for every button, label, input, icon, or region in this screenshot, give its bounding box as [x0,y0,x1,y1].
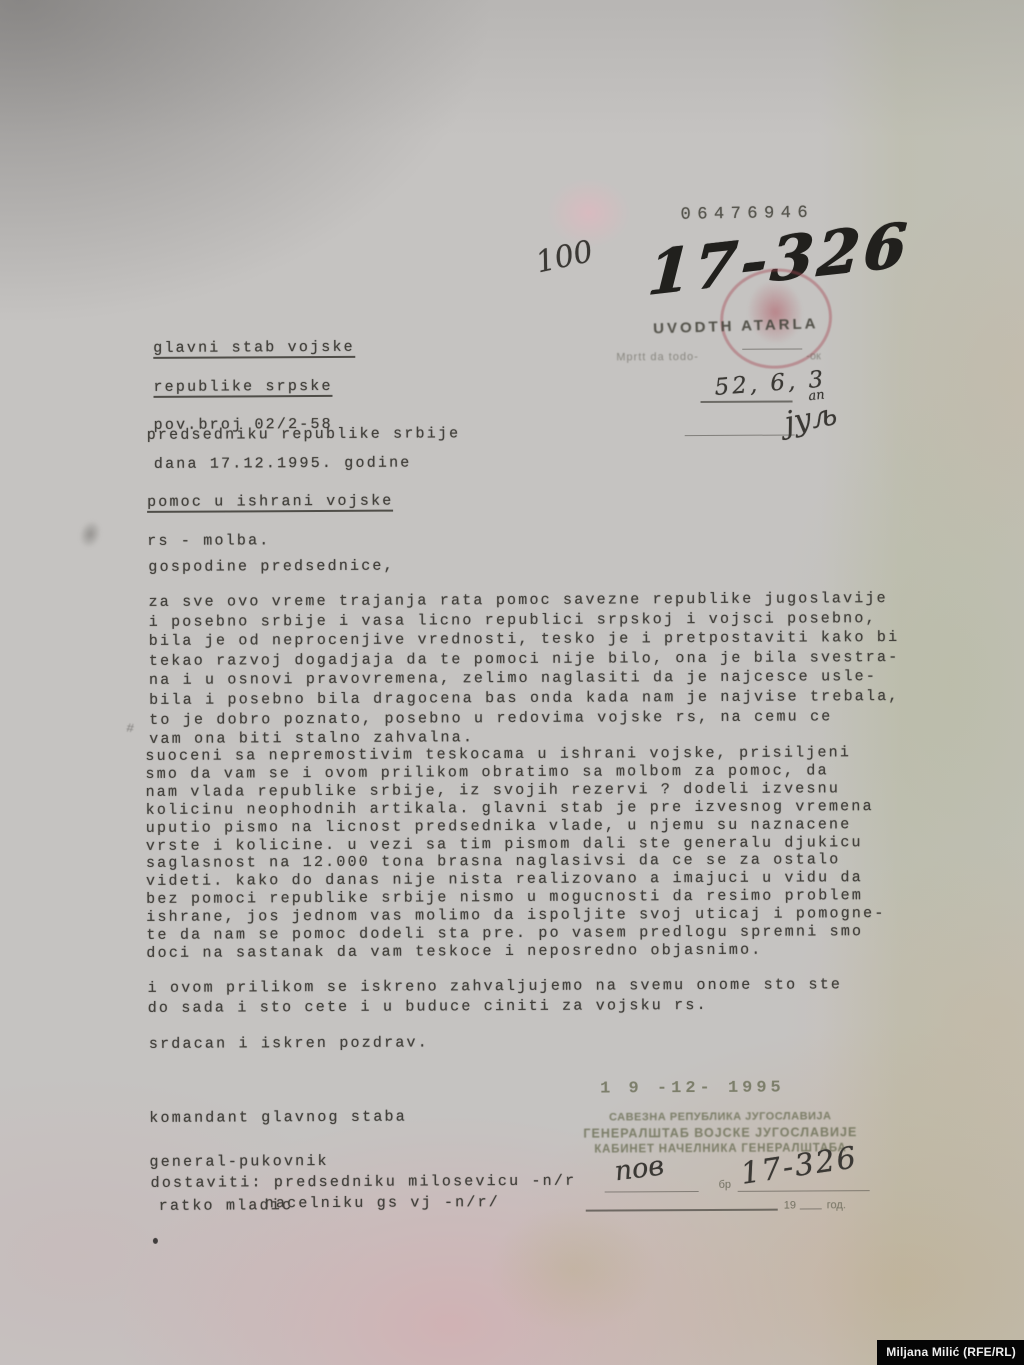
stamp-org-line: ГЕНЕРАЛШТАБ ВОЈСКЕ ЈУГОСЛАВИЈЕ [570,1124,870,1142]
closing-line: srdacan i iskren pozdrav. [149,1033,429,1054]
date-received-stamp: 1 9 -12- 1995 [600,1079,785,1099]
subject-line1: pomoc u ishrani vojske [147,493,394,513]
addressee-line: predsedniku republike srbije [147,424,461,445]
form-line [738,1190,870,1192]
year-prefix: 19 [784,1200,796,1212]
letterhead-date: dana 17.12.1995. godine [154,454,412,475]
god-label: год. [827,1199,846,1211]
signature-rank: general-pukovnik [149,1151,407,1174]
paragraph-3: i ovom prilikom se iskreno zahvaljujemo … [148,975,938,1018]
letterhead: glavni stab vojske republike srpske pov.… [153,319,412,494]
document-photo: 06476946 100 17-326 UVODTH ATARLA Mprtt … [0,0,1024,1365]
distribution-line2: nacelniku gs vj -n/r/ [265,1193,500,1214]
subject-line2: rs - molba. [147,531,394,552]
stamp-fill-line [685,435,795,437]
serial-number-stamp: 06476946 [680,204,814,225]
signature-title: komandant glavnog staba [149,1107,407,1130]
handwritten-100: 100 [533,234,596,280]
ink-smudge [70,511,111,558]
salutation: gospodine predsednice, [148,557,395,578]
form-line [800,1208,822,1209]
letterhead-org-line1: glavni stab vojske [153,339,355,359]
stray-mark: # [125,721,135,737]
letter-page: 06476946 100 17-326 UVODTH ATARLA Mprtt … [0,0,1024,1365]
receipt-stamp-subline-right: -ок [806,350,821,362]
handwritten-pov: пов [613,1150,666,1187]
letterhead-org-line2: republike srpske [153,378,332,398]
subject-block: pomoc u ishrani vojske rs - molba. [147,473,394,571]
ink-dot [153,1238,158,1244]
stamp-fill-line [701,401,793,403]
paragraph-1: za sve ovo vreme trajanja rata pomoc sav… [149,589,940,750]
distribution-line1: dostaviti: predsedniku milosevicu -n/r [151,1172,577,1194]
signature-block: komandant glavnog staba general-pukovnik… [149,1085,407,1240]
stamp-country-line: САВЕЗНА РЕПУБЛИКА ЈУГОСЛАВИЈА [570,1108,870,1126]
receipt-stamp-subline: Mprtt da todo- [616,351,699,363]
br-label: бр [719,1179,731,1191]
form-line [586,1209,778,1212]
form-line [605,1191,699,1192]
photo-credit: Miljana Milić (RFE/RL) [877,1340,1024,1365]
paragraph-2: suoceni sa nepremostivim teskocama u ish… [145,744,946,963]
